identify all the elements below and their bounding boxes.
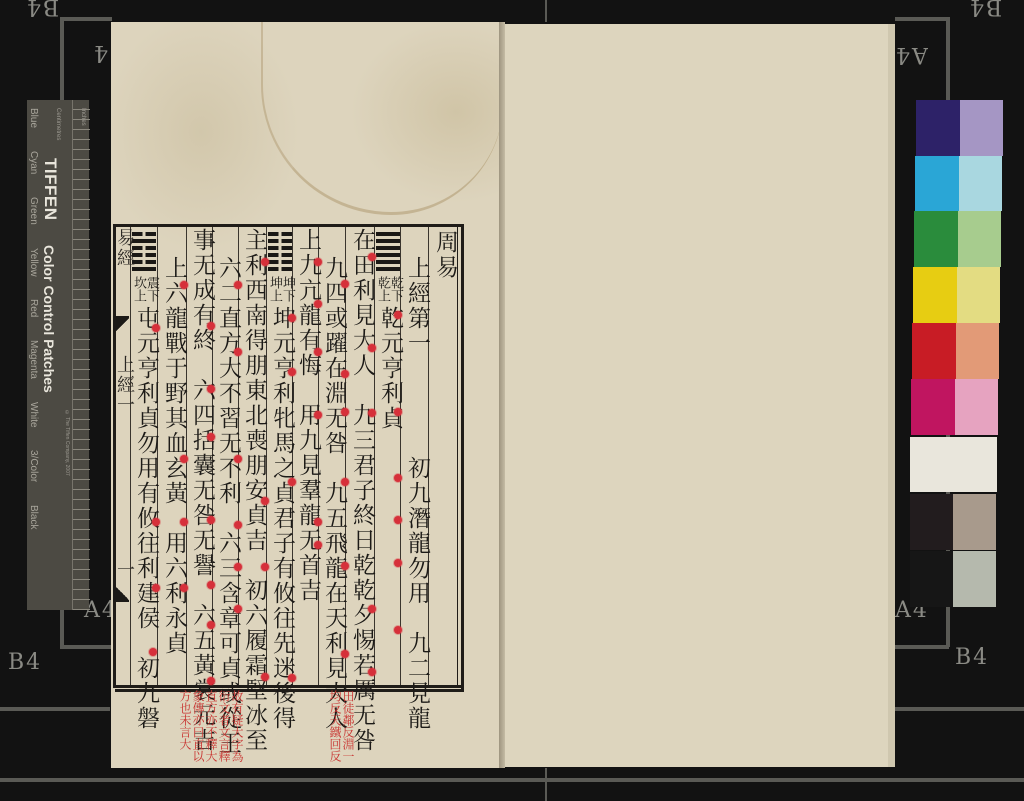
right-page-blank [505,24,892,767]
color-name-blue: Blue [28,108,39,128]
punctuation-mark [288,368,296,376]
ruler-units-cm: Centimetres [55,108,61,140]
punctuation-mark [341,562,349,570]
patch-magenta-dark [911,379,955,435]
punctuation-mark [261,497,269,505]
patch-red-dark [912,323,956,379]
tiffen-color-names: Blue Cyan Green Yellow Red Magenta White… [28,108,39,550]
patch-blue-light [960,100,1003,156]
color-name-cyan: Cyan [28,151,39,174]
water-stain [261,22,503,215]
punctuation-mark [341,280,349,288]
punctuation-mark [180,518,188,526]
patch-cyan-light [959,156,1002,211]
patch-yellow-dark [913,267,957,323]
patch-yellow-light [957,267,1000,323]
mat-guide-line [895,17,949,21]
patch-black-dark [910,551,953,607]
punctuation-mark [314,258,322,266]
punctuation-mark [152,324,160,332]
punctuation-mark [152,518,160,526]
patch-black-light [953,551,996,607]
text-column-4: 九四或躍在淵无咎 九五飛龍在天利見大人 [320,256,348,731]
mat-label-b4-bottom-right: B4 [955,645,989,670]
color-name-white: White [28,402,39,428]
patch-white [910,437,997,492]
ruler-units-inches: Inches [80,108,86,126]
ruler-scale [72,100,90,610]
mat-guide-line [545,768,547,801]
mat-guide-line [60,645,112,649]
tiffen-brand-logo: TIFFEN [40,158,60,221]
patch-blue-dark [916,100,960,156]
punctuation-mark [314,411,322,419]
book-title: 周易 [431,230,459,280]
punctuation-mark [368,409,376,417]
handwritten-note-left: 故有疑大字為衍文者文言釋直方亦不釋大象傳亦曰直以方也未言大 [178,690,243,768]
punctuation-mark [234,348,242,356]
punctuation-mark [207,677,215,685]
color-patch-chart [910,98,1002,610]
hexagram-qian-icon [376,232,400,274]
mat-label-a4-top-right: A4 [894,42,928,67]
patch-3color-dark [910,494,953,550]
patch-3color-light [953,494,996,550]
punctuation-mark [341,370,349,378]
margin-page-number: 一 [111,560,137,580]
punctuation-mark [288,674,296,682]
punctuation-mark [207,433,215,441]
punctuation-mark [341,408,349,416]
patch-green-light [958,211,1001,267]
hexagram-kun-label-upper: 坤上 [267,276,281,302]
mat-label-b4-top-left: B4 [25,0,59,19]
punctuation-mark [394,311,402,319]
fishtail-ornament-bottom [113,582,129,602]
punctuation-mark [261,673,269,681]
color-name-red: Red [28,299,39,317]
color-name-black: Black [28,505,39,529]
mat-label-b4-top-right: B4 [968,0,1002,19]
handwritten-note-right: 田徒鄰反淵一均反天鐵回反 [328,690,354,768]
patch-magenta-light [955,379,998,435]
punctuation-mark [207,581,215,589]
hexagram-zhun-label-upper: 坎上 [131,276,145,302]
punctuation-mark [394,516,402,524]
color-name-green: Green [28,197,39,225]
punctuation-mark [314,518,322,526]
punctuation-mark [207,621,215,629]
punctuation-mark [368,605,376,613]
punctuation-mark [149,648,157,656]
punctuation-mark [261,563,269,571]
mat-guide-line [895,645,949,649]
margin-section-label: 上經一 [111,355,137,415]
punctuation-mark [180,584,188,592]
punctuation-mark [234,455,242,463]
punctuation-mark [314,300,322,308]
punctuation-mark [207,322,215,330]
mat-guide-line [0,778,1024,782]
punctuation-mark [180,455,188,463]
punctuation-mark [288,478,296,486]
punctuation-mark [368,253,376,261]
punctuation-mark [234,563,242,571]
punctuation-mark [288,314,296,322]
hexagram-qian-label-upper: 乾上 [375,276,389,302]
punctuation-mark [234,605,242,613]
frame-inner-rule [457,227,458,685]
punctuation-mark [180,281,188,289]
punctuation-mark [314,348,322,356]
punctuation-mark [261,258,269,266]
punctuation-mark [234,281,242,289]
mat-guide-line [895,707,1024,711]
frame-left-border [113,224,116,688]
hexagram-kun-icon [268,232,292,274]
punctuation-mark [368,668,376,676]
color-name-3color: 3/Color [28,450,39,482]
mat-label-b4-bottom-left: B4 [8,650,42,675]
hexagram-qian-label-lower: 乾下 [388,276,402,302]
punctuation-mark [394,626,402,634]
punctuation-mark [207,516,215,524]
margin-book-title: 易經 [111,228,137,268]
punctuation-mark [234,521,242,529]
punctuation-mark [394,408,402,416]
right-page-edge [888,24,895,767]
mat-guide-line [0,707,110,711]
text-column-1: 上經第一 初九潛龍勿用 九二見龍 [403,256,431,731]
punctuation-mark [341,478,349,486]
patch-red-light [956,323,999,379]
punctuation-mark [394,474,402,482]
punctuation-mark [152,584,160,592]
mat-guide-line [545,0,547,22]
text-column-9: 事无成有終 六四括囊无咎无譽 六五黃裳元吉 [188,228,216,753]
tiffen-title: Color Control Patches [41,245,57,393]
hexagram-kun-label-lower: 坤下 [280,276,294,302]
mat-label-4-top: 4 [92,40,108,65]
punctuation-mark [207,385,215,393]
text-column-8: 六二直方大不習无不利 六三含章可貞或從王 [214,256,242,756]
mat-guide-line [60,17,112,21]
patch-cyan-dark [915,156,959,211]
tiffen-copyright: © The Tiffen Company, 2007 [64,410,70,476]
fishtail-ornament-top [113,316,129,336]
punctuation-mark [368,344,376,352]
color-name-magenta: Magenta [28,340,39,379]
punctuation-mark [394,559,402,567]
punctuation-mark [341,650,349,658]
color-name-yellow: Yellow [28,248,39,277]
hexagram-zhun-label-lower: 震下 [144,276,158,302]
punctuation-mark [314,541,322,549]
patch-green-dark [914,211,958,267]
